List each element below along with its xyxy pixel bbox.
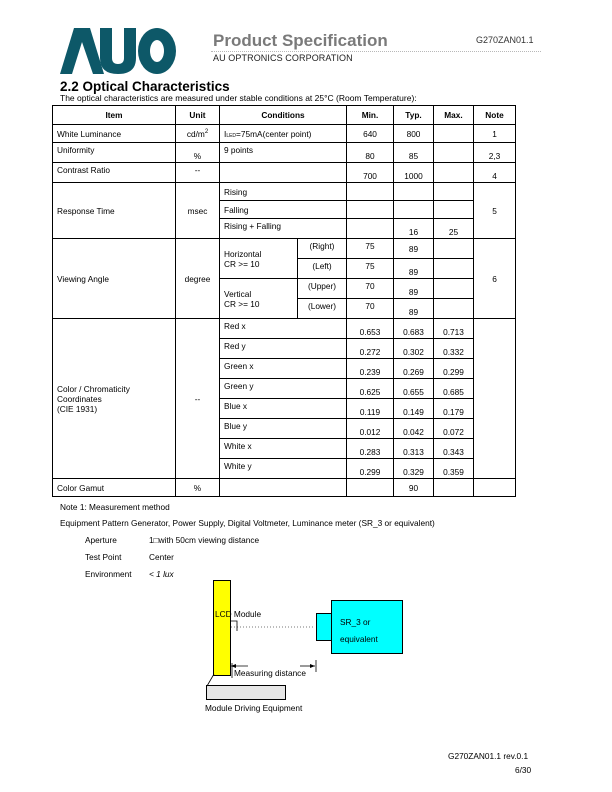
typ-cell: 0.329 [394, 459, 434, 479]
max-cell [434, 125, 474, 143]
unit-cell: % [176, 143, 220, 163]
condition-cell: White x [220, 439, 347, 459]
cr-label: CR >= 10 [224, 299, 293, 309]
min-cell: 0.239 [347, 359, 394, 379]
condition-cell: Green y [220, 379, 347, 399]
direction-cell: (Right) [298, 239, 347, 259]
item-cell: Response Time [53, 183, 176, 239]
unit-text: cd/m [187, 129, 205, 139]
unit-cell: cd/m2 [176, 125, 220, 143]
min-cell: 0.272 [347, 339, 394, 359]
max-cell: 0.299 [434, 359, 474, 379]
min-cell: 0.012 [347, 419, 394, 439]
typ-cell: 85 [394, 143, 434, 163]
equipment-list: Equipment Pattern Generator, Power Suppl… [60, 518, 435, 528]
typ-cell: 0.313 [394, 439, 434, 459]
min-cell [347, 479, 394, 497]
horizontal-condition-cell: HorizontalCR >= 10 [220, 239, 298, 279]
condition-cell: White y [220, 459, 347, 479]
max-cell [434, 183, 474, 201]
min-cell: 0.625 [347, 379, 394, 399]
meter-body-shape [331, 600, 403, 654]
condition-cell: Rising [220, 183, 347, 201]
header-note: Note [474, 106, 516, 125]
max-cell [434, 479, 474, 497]
table-row: Contrast Ratio -- 700 1000 4 [53, 163, 516, 183]
meter-label: SR_3 or [340, 617, 370, 627]
max-cell: 0.343 [434, 439, 474, 459]
section-description: The optical characteristics are measured… [60, 93, 417, 103]
max-cell: 0.359 [434, 459, 474, 479]
condition-cell: Rising + Falling [220, 219, 347, 239]
item-line: (CIE 1931) [57, 404, 171, 414]
header-divider [211, 51, 541, 52]
header-min: Min. [347, 106, 394, 125]
item-cell: Color / ChromaticityCoordinates(CIE 1931… [53, 319, 176, 479]
horizontal-label: Horizontal [224, 249, 293, 259]
condition-cell [220, 479, 347, 497]
page-number: 6/30 [513, 765, 533, 775]
test-point-label: Test Point [85, 552, 121, 562]
condition-cell: Red x [220, 319, 347, 339]
max-cell [434, 299, 474, 319]
min-cell: 75 [347, 259, 394, 279]
unit-cell: % [176, 479, 220, 497]
typ-cell: 0.655 [394, 379, 434, 399]
min-cell: 0.119 [347, 399, 394, 419]
min-cell [347, 219, 394, 239]
typ-cell: 800 [394, 125, 434, 143]
table-row: Viewing Angle degree HorizontalCR >= 10 … [53, 239, 516, 259]
direction-cell: (Lower) [298, 299, 347, 319]
item-cell: Contrast Ratio [53, 163, 176, 183]
unit-superscript: 2 [205, 129, 208, 135]
max-cell: 0.685 [434, 379, 474, 399]
section-title: 2.2 Optical Characteristics [60, 79, 230, 94]
optical-characteristics-table: Item Unit Conditions Min. Typ. Max. Note… [52, 105, 516, 497]
typ-cell: 16 [394, 219, 434, 239]
typ-cell: 0.683 [394, 319, 434, 339]
item-line: Coordinates [57, 394, 171, 404]
item-line: Color / Chromaticity [57, 384, 171, 394]
condition-cell: Red y [220, 339, 347, 359]
typ-cell: 89 [394, 259, 434, 279]
note-cell: 5 [474, 183, 516, 239]
footer-model-revision: G270ZAN01.1 rev.0.1 [446, 751, 530, 761]
min-cell: 640 [347, 125, 394, 143]
typ-cell: 0.302 [394, 339, 434, 359]
header-unit: Unit [176, 106, 220, 125]
item-cell: Uniformity [53, 143, 176, 163]
cond-rest: =75mA(center point) [236, 129, 311, 139]
max-cell [434, 259, 474, 279]
unit-cell: -- [176, 163, 220, 183]
direction-cell: (Left) [298, 259, 347, 279]
vertical-condition-cell: VerticalCR >= 10 [220, 279, 298, 319]
item-cell: Color Gamut [53, 479, 176, 497]
typ-cell: 89 [394, 279, 434, 299]
min-cell: 80 [347, 143, 394, 163]
model-number: G270ZAN01.1 [476, 35, 534, 45]
meter-label: equivalent [340, 634, 378, 644]
note-cell: 6 [474, 239, 516, 319]
table-row: Uniformity % 9 points 80 85 2,3 [53, 143, 516, 163]
table-header-row: Item Unit Conditions Min. Typ. Max. Note [53, 106, 516, 125]
typ-cell: 90 [394, 479, 434, 497]
condition-cell: Blue x [220, 399, 347, 419]
min-cell [347, 201, 394, 219]
note-cell: 2,3 [474, 143, 516, 163]
header-max: Max. [434, 106, 474, 125]
typ-cell: 0.269 [394, 359, 434, 379]
aperture-value: 1□with 50cm viewing distance [149, 535, 259, 545]
table-row: White Luminance cd/m2 ILED=75mA(center p… [53, 125, 516, 143]
unit-cell: msec [176, 183, 220, 239]
table-row: Color Gamut % 90 [53, 479, 516, 497]
typ-cell: 89 [394, 239, 434, 259]
item-cell: White Luminance [53, 125, 176, 143]
min-cell: 70 [347, 299, 394, 319]
max-cell: 25 [434, 219, 474, 239]
cr-label: CR >= 10 [224, 259, 293, 269]
min-cell [347, 183, 394, 201]
condition-cell: ILED=75mA(center point) [220, 125, 347, 143]
header-typ: Typ. [394, 106, 434, 125]
condition-cell: Green x [220, 359, 347, 379]
cond-subscript: LED [226, 133, 236, 139]
note-cell [474, 479, 516, 497]
note-cell [474, 319, 516, 479]
condition-cell [220, 163, 347, 183]
note-cell: 4 [474, 163, 516, 183]
driving-equipment-shape [206, 685, 286, 700]
min-cell: 0.283 [347, 439, 394, 459]
max-cell [434, 279, 474, 299]
header-conditions: Conditions [220, 106, 347, 125]
driving-equipment-label: Module Driving Equipment [205, 703, 302, 713]
typ-cell: 89 [394, 299, 434, 319]
max-cell [434, 163, 474, 183]
note-1-title: Note 1: Measurement method [60, 502, 170, 512]
environment-value: < 1 lux [149, 569, 174, 579]
unit-cell: degree [176, 239, 220, 319]
condition-cell: 9 points [220, 143, 347, 163]
min-cell: 70 [347, 279, 394, 299]
note-cell: 1 [474, 125, 516, 143]
max-cell: 0.179 [434, 399, 474, 419]
max-cell: 0.713 [434, 319, 474, 339]
meter-lens-shape [316, 613, 332, 641]
auo-logo [60, 28, 176, 74]
max-cell: 0.072 [434, 419, 474, 439]
table-row: Color / ChromaticityCoordinates(CIE 1931… [53, 319, 516, 339]
typ-cell [394, 201, 434, 219]
aperture-label: Aperture [85, 535, 117, 545]
table-row: Response Time msec Rising 5 [53, 183, 516, 201]
min-cell: 0.299 [347, 459, 394, 479]
measuring-distance-label: Measuring distance [234, 668, 306, 678]
min-cell: 0.653 [347, 319, 394, 339]
company-name: AU OPTRONICS CORPORATION [213, 53, 353, 63]
min-cell: 75 [347, 239, 394, 259]
direction-cell: (Upper) [298, 279, 347, 299]
max-cell [434, 201, 474, 219]
max-cell [434, 143, 474, 163]
header-item: Item [53, 106, 176, 125]
typ-cell [394, 183, 434, 201]
typ-cell: 1000 [394, 163, 434, 183]
document-title: Product Specification [213, 31, 388, 51]
vertical-label: Vertical [224, 289, 293, 299]
item-cell: Viewing Angle [53, 239, 176, 319]
condition-cell: Falling [220, 201, 347, 219]
test-point-value: Center [149, 552, 174, 562]
max-cell [434, 239, 474, 259]
condition-cell: Blue y [220, 419, 347, 439]
min-cell: 700 [347, 163, 394, 183]
lcd-module-shape [213, 580, 231, 676]
max-cell: 0.332 [434, 339, 474, 359]
environment-label: Environment [85, 569, 132, 579]
typ-cell: 0.149 [394, 399, 434, 419]
typ-cell: 0.042 [394, 419, 434, 439]
lcd-module-label: LCD Module [215, 609, 261, 619]
unit-cell: -- [176, 319, 220, 479]
